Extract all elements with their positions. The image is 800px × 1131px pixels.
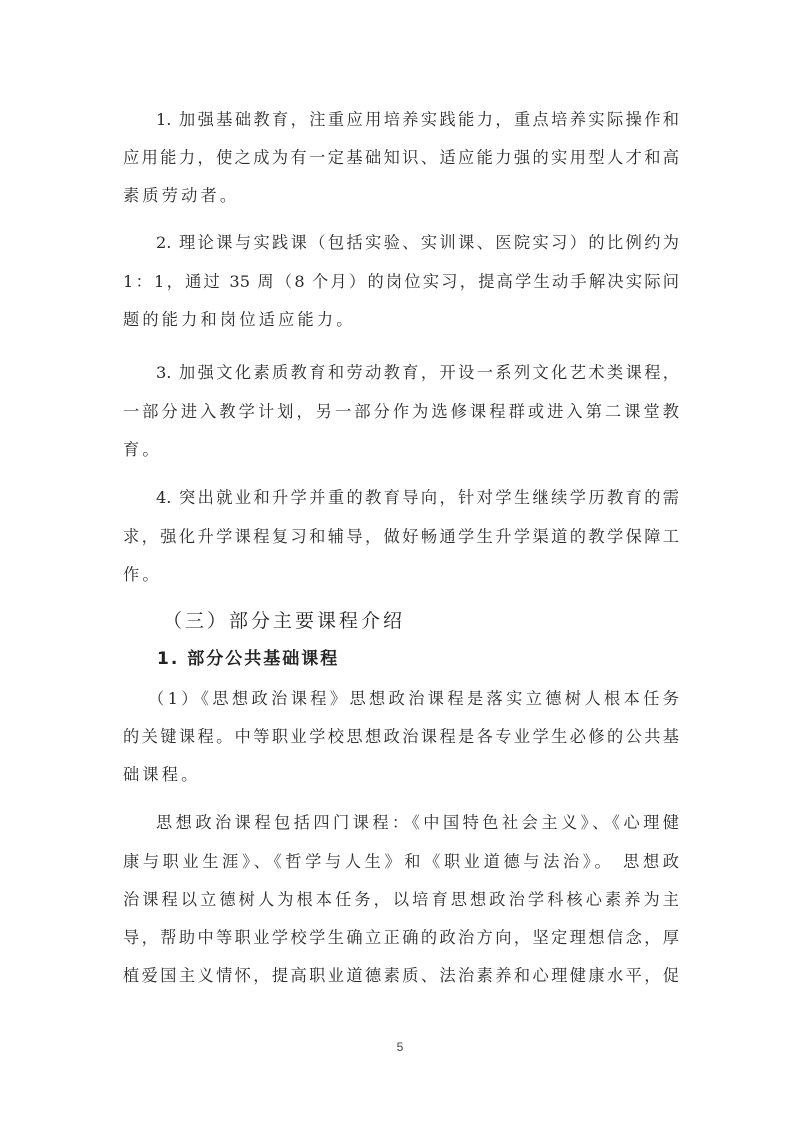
paragraph-6-line-4: 导，帮助中等职业学校学生确立正确的政治方向，坚定理想信念，厚 — [123, 928, 679, 948]
paragraph-4-line-1: 4. 突出就业和升学并重的教育导向，针对学生继续学历教育的需 — [156, 488, 679, 508]
document-page: 1. 加强基础教育，注重应用培养实践能力，重点培养实际操作和 应用能力，使之成为… — [0, 0, 800, 1131]
section-heading: （三）部分主要课程介绍 — [163, 609, 405, 633]
paragraph-4-line-2: 求，强化升学课程复习和辅导，做好畅通学生升学渠道的教学保障工 — [123, 527, 679, 547]
paragraph-6-line-5: 植爱国主义情怀，提高职业道德素质、法治素养和心理健康水平，促 — [123, 966, 679, 986]
paragraph-1-line-3: 素质劳动者。 — [123, 186, 679, 206]
paragraph-4-line-3: 作。 — [123, 565, 679, 585]
paragraph-1-line-1: 1. 加强基础教育，注重应用培养实践能力，重点培养实际操作和 — [156, 110, 679, 130]
paragraph-6-line-3: 治课程以立德树人为根本任务，以培育思想政治学科核心素养为主 — [123, 890, 679, 910]
paragraph-3-line-1: 3. 加强文化素质教育和劳动教育，开设一系列文化艺术类课程， — [156, 363, 679, 383]
paragraph-5-line-1: （1）《思想政治课程》思想政治课程是落实立德树人根本任务 — [148, 689, 679, 709]
paragraph-3-line-3: 育。 — [123, 440, 679, 460]
paragraph-3-line-2: 一部分进入教学计划，另一部分作为选修课程群或进入第二课堂教 — [123, 402, 679, 422]
page-number: 5 — [0, 1040, 800, 1054]
subsection-heading: 1. 部分公共基础课程 — [157, 648, 339, 670]
paragraph-1-line-2: 应用能力，使之成为有一定基础知识、适应能力强的实用型人才和高 — [123, 148, 679, 168]
paragraph-6-line-1: 思想政治课程包括四门课程：《中国特色社会主义》、《心理健 — [156, 813, 679, 833]
paragraph-5-line-2: 的关键课程。中等职业学校思想政治课程是各专业学生必修的公共基 — [123, 727, 679, 747]
paragraph-2-line-2: 1：1，通过 35 周（8 个月）的岗位实习，提高学生动手解决实际问 — [123, 272, 679, 292]
paragraph-6-line-2: 康与职业生涯》、《哲学与人生》和《职业道德与法治》。 思想政 — [123, 852, 679, 872]
paragraph-2-line-1: 2. 理论课与实践课（包括实验、实训课、医院实习）的比例约为 — [156, 233, 679, 253]
paragraph-2-line-3: 题的能力和岗位适应能力。 — [123, 310, 679, 330]
paragraph-5-line-3: 础课程。 — [123, 765, 679, 785]
